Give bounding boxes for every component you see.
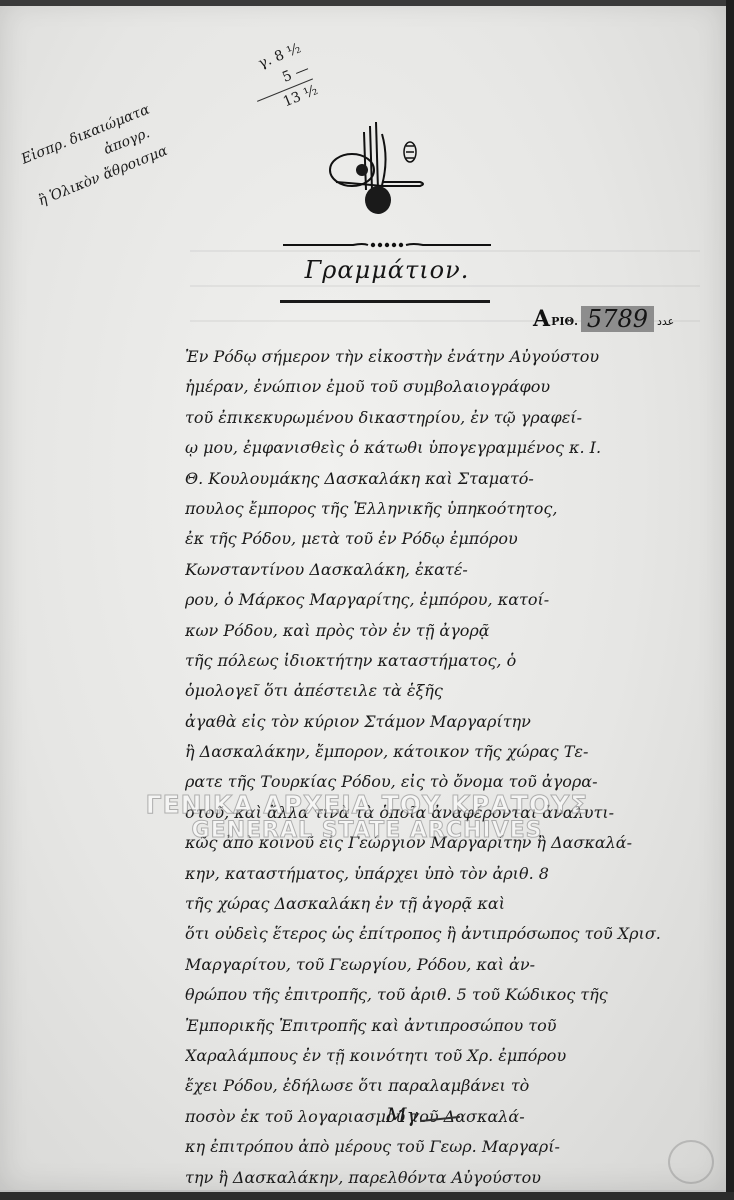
number-value: 5789	[581, 306, 654, 332]
body-line: ρου, ὁ Μάρκος Μαργαρίτης, ἐμπόρου, κατοί…	[185, 585, 705, 615]
bleed-through-line	[190, 250, 700, 252]
body-line: ἢ Δασκαλάκην, ἔμπορον, κάτοικον τῆς χώρα…	[185, 737, 705, 767]
body-line: Ἐμπορικῆς Ἐπιτροπῆς καὶ ἀντιπροσώπου τοῦ	[185, 1011, 705, 1041]
body-line: ἀγαθὰ εἰς τὸν κύριον Στάμον Μαργαρίτην	[185, 707, 705, 737]
watermark-greek: ΓΕΝΙΚΑ ΑΡΧΕΙΑ ΤΟΥ ΚΡΑΤΟΥΣ	[0, 792, 734, 818]
body-line: ὁμολογεῖ ὅτι ἀπέστειλε τὰ ἑξῆς	[185, 676, 705, 706]
body-line: Θ. Κουλουμάκης Δασκαλάκη καὶ Σταματό-	[185, 464, 705, 494]
body-line: Ἐν Ρόδῳ σήμερον τὴν εἰκοστὴν ἐνάτην Αὐγο…	[185, 342, 705, 372]
body-line: τῆς πόλεως ἰδιοκτήτην καταστήματος, ὁ	[185, 646, 705, 676]
body-line: ἔχει Ρόδου, ἐδήλωσε ὅτι παραλαμβάνει τὸ	[185, 1071, 705, 1101]
scan-edge-right	[726, 0, 734, 1200]
number-prefix-small: ΡΙΘ.	[551, 315, 578, 328]
fee-line: ἀπογρ. 5 —	[26, 58, 312, 191]
body-line: κην, καταστήματος, ὑπάρχει ὑπὸ τὸν ἀριθ.…	[185, 859, 705, 889]
document-title: Γραμμάτιον.	[283, 256, 491, 284]
body-line: τοῦ ἐπικεκυρωμένου δικαστηρίου, ἐν τῷ γρ…	[185, 403, 705, 433]
number-arabic-label: عدد	[657, 315, 674, 328]
number-prefix: Α	[533, 306, 550, 332]
watermark-english: GENERAL STATE ARCHIVES	[0, 818, 734, 844]
body-line: Μαργαρίτου, τοῦ Γεωργίου, Ρόδου, καὶ ἀν-	[185, 950, 705, 980]
body-line: πουλος ἔμπορος τῆς Ἑλληνικῆς ὑπηκοότητος…	[185, 494, 705, 524]
body-line: ἐκ τῆς Ρόδου, μετὰ τοῦ ἐν Ρόδῳ ἐμπόρου	[185, 524, 705, 554]
scan-edge-top	[0, 0, 734, 6]
margin-fee-note: Εἰσπρ. δικαιώματα γ. 8 ½ ἀπογρ. 5 — ἢ Ὁλ…	[18, 38, 321, 213]
body-line: τῆς χώρας Δασκαλάκη ἐν τῇ ἀγορᾷ καὶ	[185, 889, 705, 919]
body-line: ῳ μου, ἐμφανισθεὶς ὁ κάτωθι ὑπογεγραμμέν…	[185, 433, 705, 463]
body-line: κη ἐπιτρόπου ἀπὸ μέρους τοῦ Γεωρ. Μαργαρ…	[185, 1132, 705, 1162]
archive-watermark: ΓΕΝΙΚΑ ΑΡΧΕΙΑ ΤΟΥ ΚΡΑΤΟΥΣ GENERAL STATE …	[0, 792, 734, 844]
body-line: ὅτι οὐδεὶς ἕτερος ὡς ἐπίτροπος ἢ ἀντιπρό…	[185, 919, 705, 949]
body-line: Χαραλάμπους ἐν τῇ κοινότητι τοῦ Χρ. ἐμπό…	[185, 1041, 705, 1071]
body-line: Κωνσταντίνου Δασκαλάκη, ἐκατέ-	[185, 555, 705, 585]
document-page: Εἰσπρ. δικαιώματα γ. 8 ½ ἀπογρ. 5 — ἢ Ὁλ…	[0, 0, 730, 1196]
body-line: θρώπου τῆς ἐπιτροπῆς, τοῦ ἀριθ. 5 τοῦ Κώ…	[185, 980, 705, 1010]
archive-stamp-icon	[668, 1140, 714, 1184]
body-line: κων Ρόδου, καὶ πρὸς τὸν ἐν τῇ ἀγορᾷ	[185, 616, 705, 646]
ottoman-tughra-icon	[322, 112, 432, 222]
body-line: την ἢ Δασκαλάκην, παρελθόντα Αὐγούστου	[185, 1163, 705, 1193]
document-body: Ἐν Ρόδῳ σήμερον τὴν εἰκοστὴν ἐνάτην Αὐγο…	[185, 342, 705, 1193]
bleed-through-line	[190, 285, 700, 287]
scan-edge-bottom	[0, 1192, 734, 1200]
title-underline	[280, 300, 490, 303]
body-line: ἡμέραν, ἐνώπιον ἐμοῦ τοῦ συμβολαιογράφου	[185, 372, 705, 402]
heading-ornament-icon	[283, 240, 491, 250]
document-number: Α ΡΙΘ. 5789 عدد	[533, 302, 674, 332]
signature: Μγ	[386, 1103, 418, 1127]
